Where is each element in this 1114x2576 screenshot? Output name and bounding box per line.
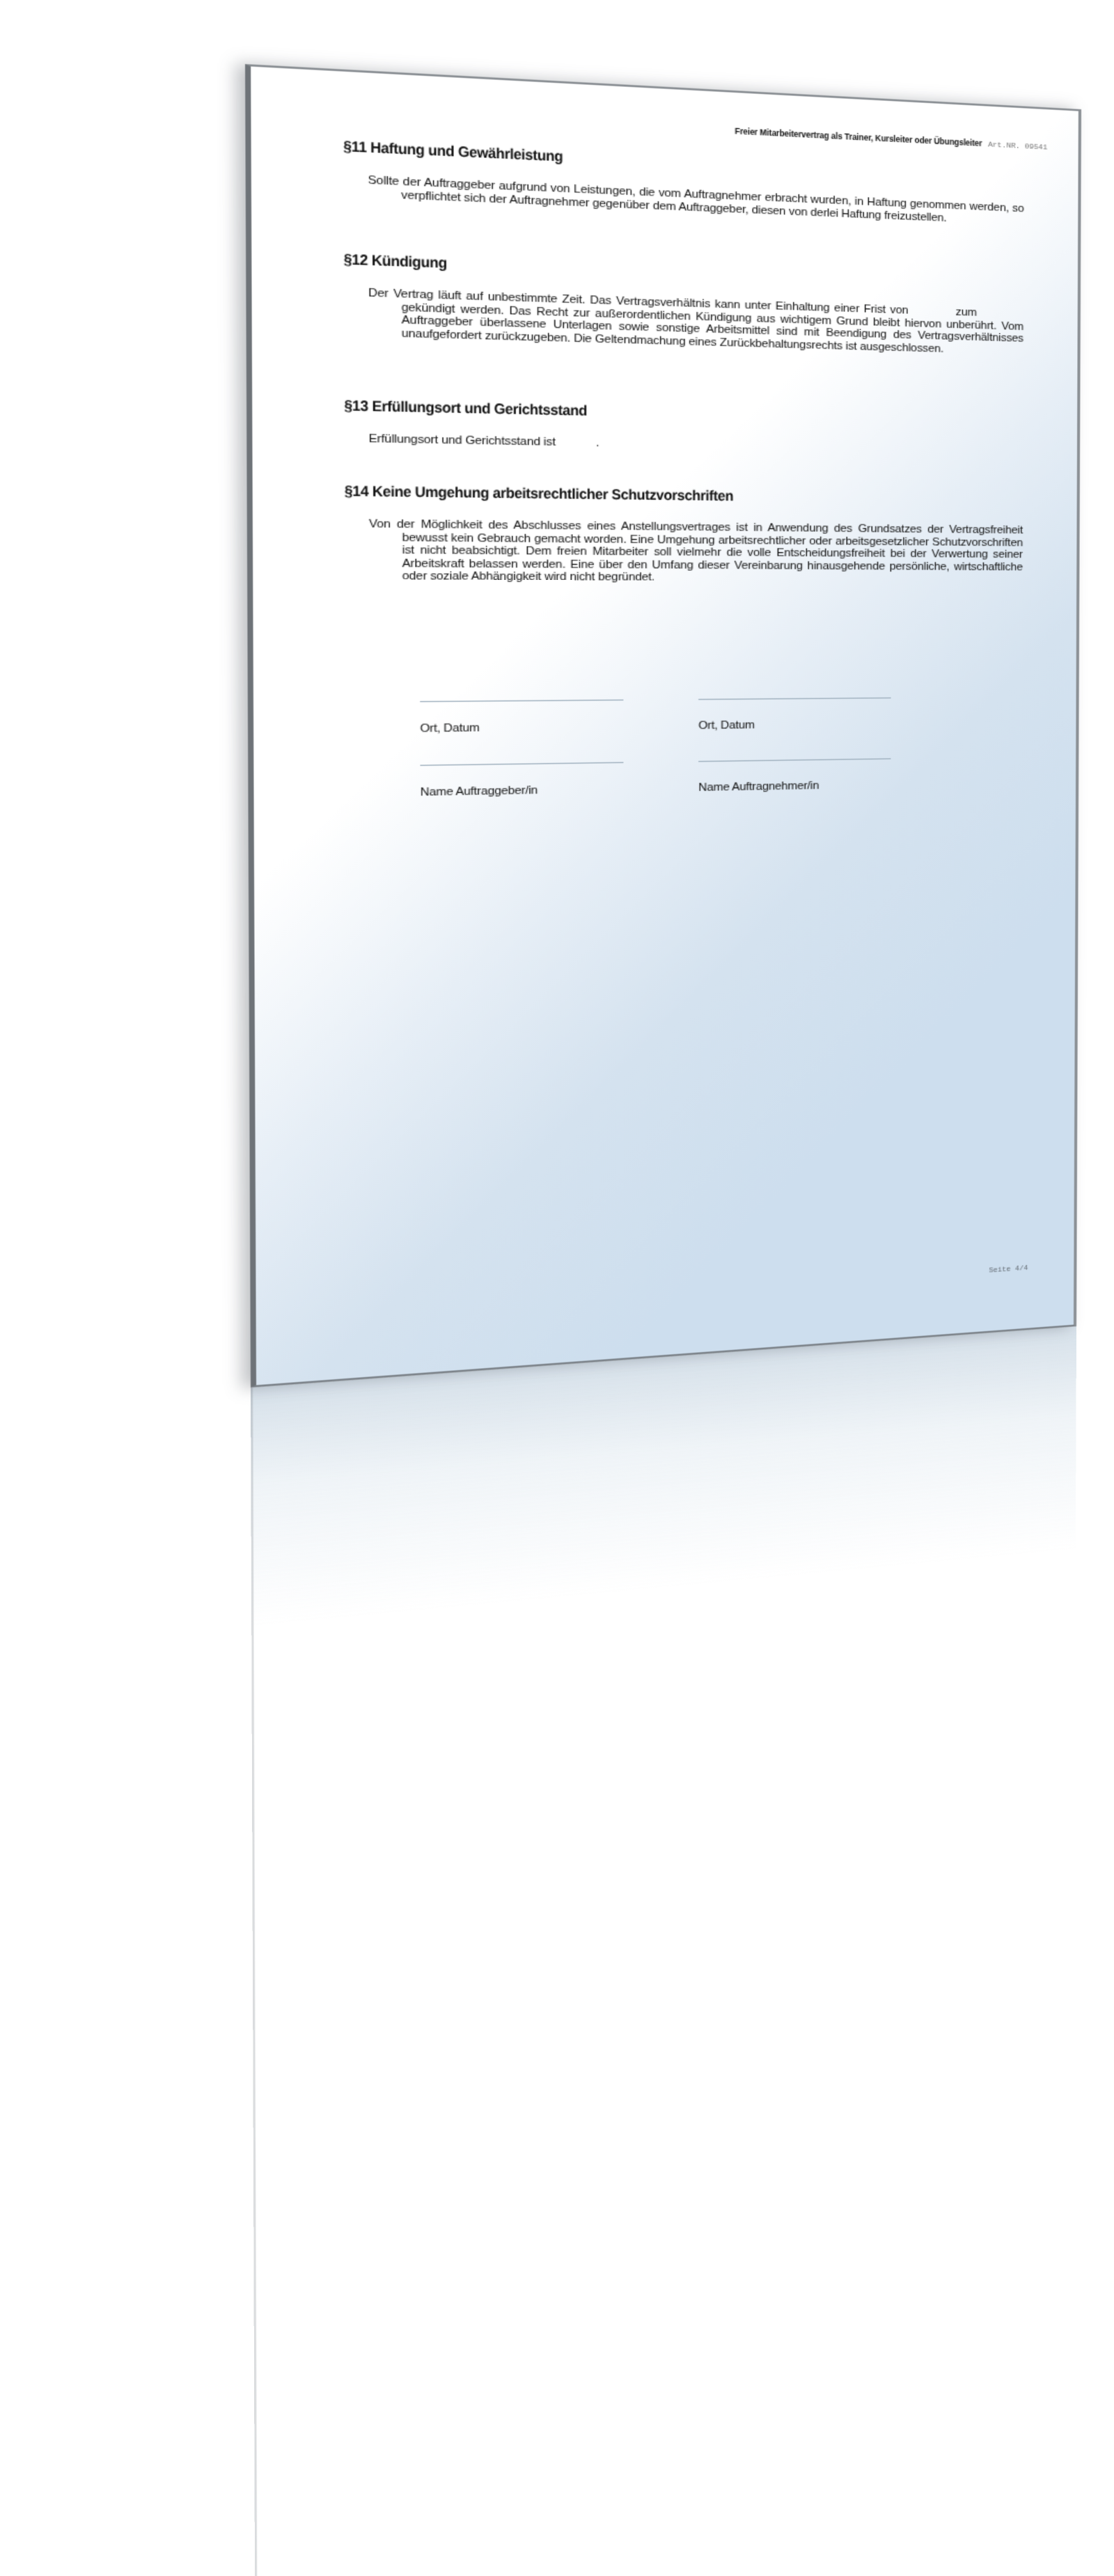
page-indicator: Seite 4/4 (989, 1265, 1028, 1275)
signature-line (698, 698, 891, 701)
signature-line (420, 762, 623, 767)
section-11: §11 Haftung und Gewährleistung Sollte de… (343, 139, 1024, 228)
section-heading: §14 Keine Umgehung arbeitsrechtlicher Sc… (345, 483, 991, 508)
signature-line (698, 758, 891, 763)
signature-right-date: Ort, Datum (698, 698, 891, 732)
section-heading: §13 Erfüllungsort und Gerichtsstand (344, 398, 991, 428)
section-12: §12 Kündigung Der Vertrag läuft auf unbe… (344, 252, 1024, 358)
document-page: Freier Mitarbeitervertrag als Trainer, K… (245, 64, 1081, 1388)
section-heading: §12 Kündigung (344, 252, 992, 291)
product-preview-stage: Freier Mitarbeitervertrag als Trainer, K… (0, 0, 1114, 1462)
signature-label: Name Auftragnehmer/in (698, 778, 891, 794)
signature-left-name: Name Auftraggeber/in (420, 762, 623, 799)
section-body: Erfüllungsort und Gerichtsstand ist. (369, 433, 1023, 457)
section-body: Sollte der Auftraggeber aufgrund von Lei… (368, 174, 1023, 228)
signature-label: Ort, Datum (420, 720, 623, 735)
section-14: §14 Keine Umgehung arbeitsrechtlicher Sc… (345, 483, 1023, 586)
section-13: §13 Erfüllungsort und Gerichtsstand Erfü… (344, 398, 1023, 457)
signature-right-name: Name Auftragnehmer/in (698, 758, 891, 794)
signature-left-date: Ort, Datum (420, 700, 623, 735)
signature-line (420, 700, 623, 703)
blank-field (908, 314, 955, 315)
blank-field (556, 446, 596, 446)
signature-label: Ort, Datum (698, 717, 891, 732)
section-body: Von der Möglichkeit des Abschlusses eine… (369, 518, 1023, 586)
section-body-part: . (596, 436, 599, 449)
section-body-part: zum (956, 306, 977, 319)
signature-label: Name Auftraggeber/in (421, 782, 624, 799)
document-header: Freier Mitarbeitervertrag als Trainer, K… (735, 127, 1047, 152)
section-body: Der Vertrag läuft auf unbestimmte Zeit. … (368, 287, 1023, 358)
document-title: Freier Mitarbeitervertrag als Trainer, K… (735, 127, 982, 148)
section-body-part: Erfüllungsort und Gerichtsstand ist (369, 432, 556, 448)
blank-field (977, 316, 1023, 317)
article-number: Art.NR. 09541 (988, 141, 1047, 152)
